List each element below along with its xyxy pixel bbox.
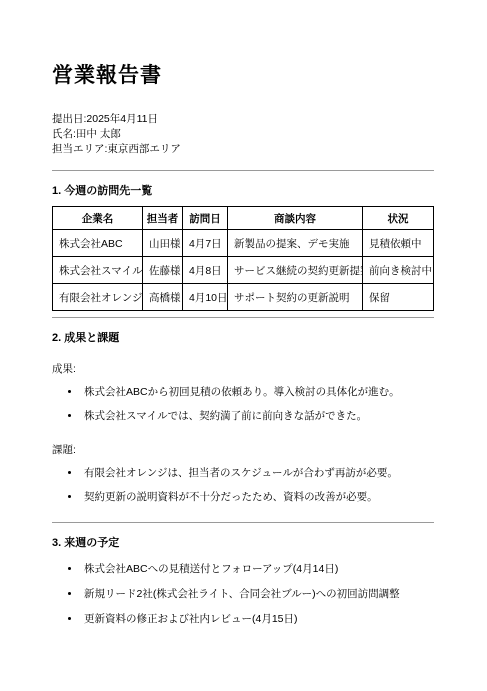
table-header-row: 企業名 担当者 訪問日 商談内容 状況 <box>53 207 434 230</box>
table-cell-visit-date: 4月8日 <box>183 257 228 284</box>
section-3-heading: 3. 来週の予定 <box>52 537 434 549</box>
table-header-contact: 担当者 <box>143 207 183 230</box>
list-item: 有限会社オレンジは、担当者のスケジュールが合わず再訪が必要。 <box>81 466 434 480</box>
list-item: 更新資料の修正および社内レビュー(4月15日) <box>81 612 434 626</box>
document-title: 営業報告書 <box>52 64 434 87</box>
table-cell-visit-date: 4月10日 <box>183 284 228 311</box>
table-cell-status: 見積依頼中 <box>363 230 434 257</box>
table-cell-visit-date: 4月7日 <box>183 230 228 257</box>
table-header-visit-date: 訪問日 <box>183 207 228 230</box>
issues-label: 課題: <box>52 443 434 457</box>
section-divider <box>52 170 434 171</box>
results-label: 成果: <box>52 362 434 376</box>
table-cell-company: 有限会社オレンジ <box>53 284 143 311</box>
section-divider <box>52 317 434 318</box>
table-cell-meeting-content: サービス継続の契約更新提案 <box>228 257 363 284</box>
table-cell-contact: 高橋様 <box>143 284 183 311</box>
table-cell-meeting-content: 新製品の提案、デモ実施 <box>228 230 363 257</box>
table-cell-contact: 佐藤様 <box>143 257 183 284</box>
list-item: 株式会社ABCへの見積送付とフォローアップ(4月14日) <box>81 562 434 576</box>
section-2-heading: 2. 成果と課題 <box>52 332 434 344</box>
visits-table: 企業名 担当者 訪問日 商談内容 状況 株式会社ABC 山田様 4月7日 新製品… <box>52 206 434 311</box>
document-page: 営業報告書 提出日:2025年4月11日 氏名:田中 太郎 担当エリア:東京西部… <box>0 0 487 691</box>
table-cell-contact: 山田様 <box>143 230 183 257</box>
section-divider <box>52 522 434 523</box>
table-cell-meeting-content: サポート契約の更新説明 <box>228 284 363 311</box>
list-item: 株式会社スマイルでは、契約満了前に前向きな話ができた。 <box>81 409 434 423</box>
table-header-status: 状況 <box>363 207 434 230</box>
table-cell-status: 前向き検討中 <box>363 257 434 284</box>
section-1-heading: 1. 今週の訪問先一覧 <box>52 185 434 197</box>
document-meta: 提出日:2025年4月11日 氏名:田中 太郎 担当エリア:東京西部エリア <box>52 112 434 157</box>
results-list: 株式会社ABCから初回見積の依頼あり。導入検討の具体化が進む。 株式会社スマイル… <box>52 385 434 423</box>
issues-list: 有限会社オレンジは、担当者のスケジュールが合わず再訪が必要。 契約更新の説明資料… <box>52 466 434 504</box>
table-row: 株式会社スマイル 佐藤様 4月8日 サービス継続の契約更新提案 前向き検討中 <box>53 257 434 284</box>
meta-line-name: 氏名:田中 太郎 <box>52 127 434 142</box>
table-row: 有限会社オレンジ 高橋様 4月10日 サポート契約の更新説明 保留 <box>53 284 434 311</box>
table-row: 株式会社ABC 山田様 4月7日 新製品の提案、デモ実施 見積依頼中 <box>53 230 434 257</box>
next-week-list: 株式会社ABCへの見積送付とフォローアップ(4月14日) 新規リード2社(株式会… <box>52 562 434 626</box>
table-cell-company: 株式会社スマイル <box>53 257 143 284</box>
list-item: 新規リード2社(株式会社ライト、合同会社ブルー)への初回訪問調整 <box>81 587 434 601</box>
meta-line-submission-date: 提出日:2025年4月11日 <box>52 112 434 127</box>
table-header-meeting-content: 商談内容 <box>228 207 363 230</box>
list-item: 株式会社ABCから初回見積の依頼あり。導入検討の具体化が進む。 <box>81 385 434 399</box>
list-item: 契約更新の説明資料が不十分だったため、資料の改善が必要。 <box>81 490 434 504</box>
meta-line-area: 担当エリア:東京西部エリア <box>52 142 434 157</box>
table-cell-company: 株式会社ABC <box>53 230 143 257</box>
table-header-company: 企業名 <box>53 207 143 230</box>
table-cell-status: 保留 <box>363 284 434 311</box>
